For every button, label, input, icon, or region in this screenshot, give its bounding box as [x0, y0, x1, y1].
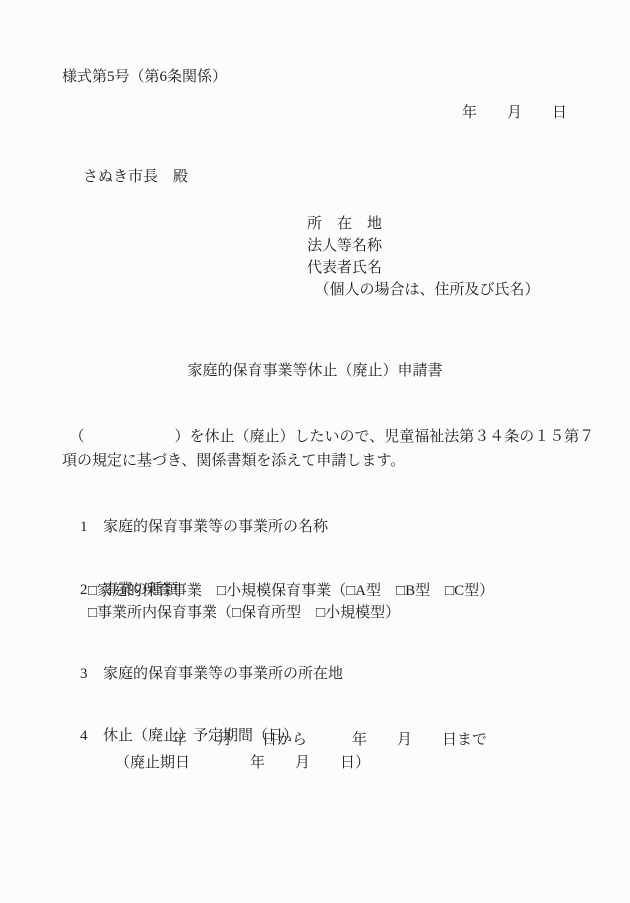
- item-2-checkbox-options-line-2: □事業所内保育事業（□保育所型 □小規模型）: [88, 602, 400, 624]
- applicant-individual-note: （個人の場合は、住所及び氏名）: [307, 279, 540, 301]
- item-4-number: 4: [80, 725, 103, 747]
- applicant-address-label: 所 在 地: [307, 213, 382, 235]
- document-page: 様式第5号（第6条関係） 年 月 日 さぬき市長 殿 所 在 地 法人等名称 代…: [0, 0, 630, 903]
- addressee-line: さぬき市長 殿: [83, 166, 188, 188]
- item-1-number: 1: [80, 516, 103, 538]
- opening-paragraph-line-1: （ ）を休止（廃止）したいので、児童福祉法第３４条の１５第７: [62, 426, 594, 448]
- item-1-label: 家庭的保育事業等の事業所の名称: [103, 519, 328, 535]
- applicant-corporate-name-label: 法人等名称: [307, 235, 382, 257]
- item-4-abolition-date-blank-line: （廃止期日 年 月 日）: [115, 752, 370, 774]
- document-title: 家庭的保育事業等休止（廃止）申請書: [0, 360, 630, 382]
- item-3-business-location: 3家庭的保育事業等の事業所の所在地: [65, 641, 343, 707]
- opening-paragraph-line-2: 項の規定に基づき、関係書類を添えて申請します。: [62, 450, 405, 472]
- item-4-period-blank-line: 年 月 日から 年 月 日まで: [172, 729, 487, 751]
- date-blank-line: 年 月 日: [462, 102, 567, 124]
- form-number: 様式第5号（第6条関係）: [62, 66, 227, 88]
- item-2-checkbox-options-line-1: □家庭的保育事業 □小規模保育事業（□A型 □B型 □C型）: [88, 580, 494, 602]
- applicant-representative-label: 代表者氏名: [307, 257, 382, 279]
- item-3-number: 3: [80, 663, 103, 685]
- item-3-label: 家庭的保育事業等の事業所の所在地: [103, 666, 343, 682]
- item-1-business-name: 1家庭的保育事業等の事業所の名称: [65, 494, 328, 560]
